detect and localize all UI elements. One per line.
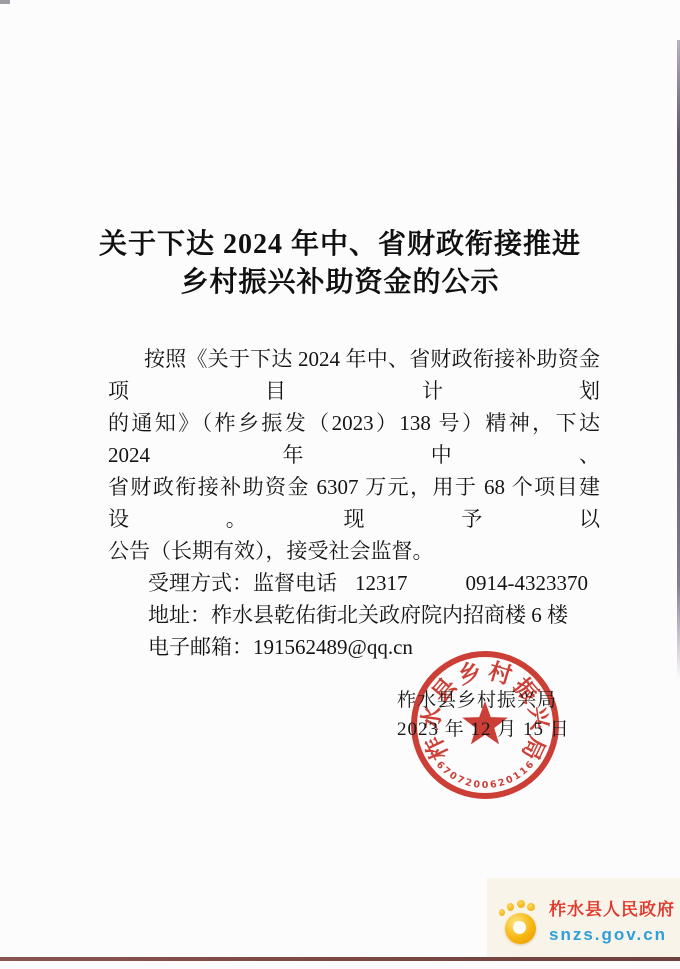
- site-url: snzs.gov.cn: [549, 925, 677, 945]
- scanned-document-page: 关于下达 2024 年中、省财政衔接推进 乡村振兴补助资金的公示 按照《关于下达…: [0, 0, 680, 969]
- signature-agency: 柞水县乡村振兴局: [397, 686, 570, 715]
- hotline-number: 12317: [355, 571, 408, 595]
- paw-toe-icon: [527, 903, 535, 911]
- site-name: 柞水县人民政府: [549, 895, 677, 920]
- document-title: 关于下达 2024 年中、省财政衔接推进 乡村振兴补助资金的公示: [0, 226, 680, 302]
- scan-corner-mark: [0, 0, 10, 4]
- paragraph-line: 省财政衔接补助资金 6307 万元，用于 68 个项目建设。现予以: [108, 471, 600, 535]
- document-title-line1: 关于下达 2024 年中、省财政衔接推进: [0, 226, 680, 264]
- address-label: 地址：: [148, 603, 211, 627]
- scan-bottom-line: [0, 957, 680, 961]
- seal-code-digit: 0: [482, 780, 489, 791]
- footer-text: 柞水县人民政府 snzs.gov.cn: [549, 895, 677, 945]
- contact-address-line: 地址：柞水县乾佑街北关政府院内招商楼 6 楼: [108, 599, 600, 631]
- signature-block: 柞水县乡村振兴局 2023 年 12 月 15 日: [397, 686, 570, 744]
- paragraph: 按照《关于下达 2024 年中、省财政衔接补助资金项目计划的通知》（柞乡振发（2…: [108, 343, 600, 567]
- hotline-label: 监督电话: [253, 571, 337, 595]
- signature-date: 2023 年 12 月 15 日: [397, 715, 570, 744]
- seal-code-digit: 0: [473, 779, 481, 791]
- email-label: 电子邮箱：: [148, 635, 253, 659]
- paw-print-icon: [499, 900, 545, 946]
- contact-method-line: 受理方式：监督电话123170914-4323370: [108, 567, 600, 599]
- paw-toe-icon: [517, 900, 525, 908]
- contact-method-label: 受理方式：: [148, 571, 253, 595]
- phone-number: 0914-4323370: [466, 571, 589, 595]
- address-value: 柞水县乾佑街北关政府院内招商楼 6 楼: [211, 603, 568, 627]
- paragraph-line: 公告（长期有效），接受社会监督。: [108, 535, 600, 567]
- paragraph-line: 按照《关于下达 2024 年中、省财政衔接补助资金项目计划: [108, 343, 600, 407]
- paw-toe-icon: [507, 903, 514, 911]
- paw-pad-hole: [513, 921, 526, 934]
- document-title-line2: 乡村振兴补助资金的公示: [0, 264, 680, 302]
- seal-ring-character: 乡: [455, 657, 484, 688]
- paragraph-line: 的通知》（柞乡振发（2023）138 号）精神，下达 2024 年中、: [108, 407, 600, 471]
- site-footer-logo-block: 柞水县人民政府 snzs.gov.cn: [487, 878, 680, 958]
- email-value: 191562489@qq.cn: [253, 635, 413, 659]
- document-body: 按照《关于下达 2024 年中、省财政衔接补助资金项目计划的通知》（柞乡振发（2…: [108, 343, 600, 663]
- seal-ring-character: 村: [486, 658, 515, 689]
- paw-toe-icon: [499, 909, 505, 916]
- seal-code-digit: 2: [464, 777, 473, 789]
